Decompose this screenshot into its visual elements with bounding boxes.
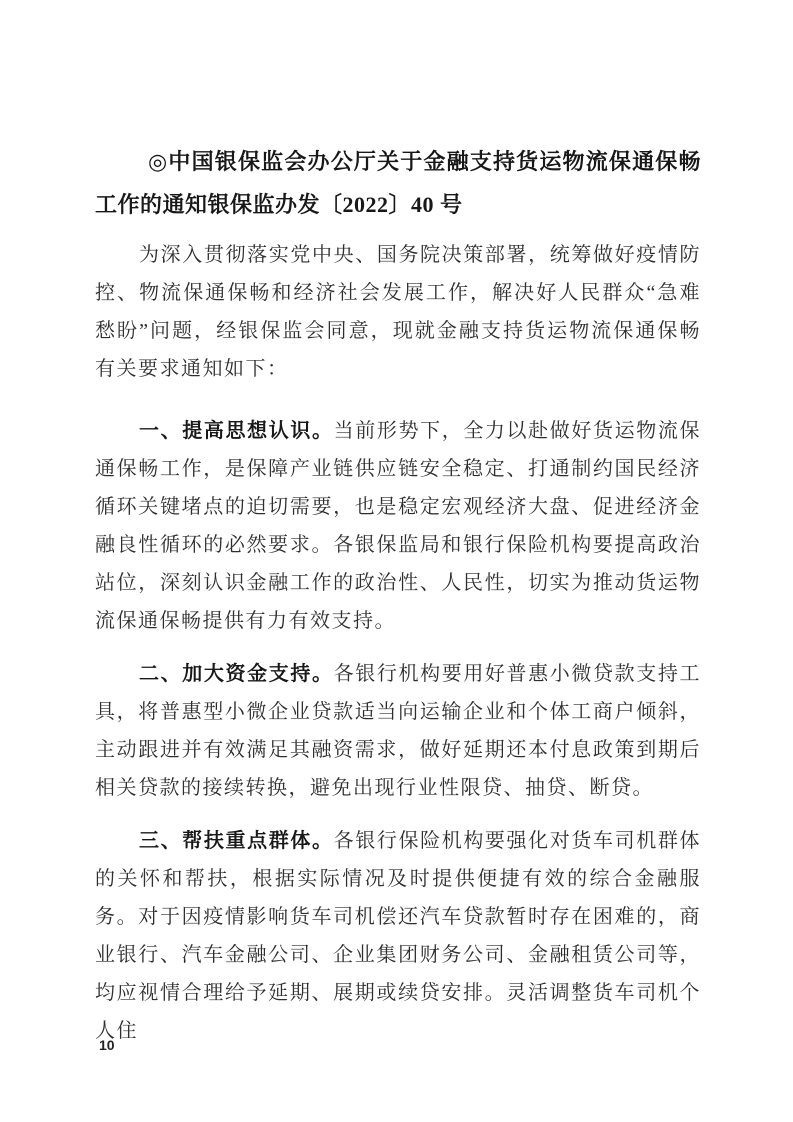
- section-2-heading: 二、加大资金支持。: [139, 663, 334, 685]
- section-2-paragraph: 二、加大资金支持。各银行机构要用好普惠小微贷款支持工具，将普惠型小微企业贷款适当…: [95, 655, 701, 807]
- page-number: 10: [99, 1037, 115, 1053]
- section-3-paragraph: 三、帮扶重点群体。各银行保险机构要强化对货车司机群体的关怀和帮扶，根据实际情况及…: [95, 822, 701, 1050]
- intro-paragraph: 为深入贯彻落实党中央、国务院决策部署，统筹做好疫情防控、物流保通保畅和经济社会发…: [95, 236, 701, 388]
- section-1-paragraph: 一、提高思想认识。当前形势下，全力以赴做好货运物流保通保畅工作，是保障产业链供应…: [95, 412, 701, 640]
- document-content: ◎中国银保监会办公厅关于金融支持货运物流保通保畅工作的通知银保监办发〔2022〕…: [95, 140, 701, 1065]
- document-page: ◎中国银保监会办公厅关于金融支持货运物流保通保畅工作的通知银保监办发〔2022〕…: [0, 0, 793, 1122]
- document-title: ◎中国银保监会办公厅关于金融支持货运物流保通保畅工作的通知银保监办发〔2022〕…: [95, 140, 701, 226]
- section-1-body: 当前形势下，全力以赴做好货运物流保通保畅工作，是保障产业链供应链安全稳定、打通制…: [95, 420, 701, 632]
- section-1-heading: 一、提高思想认识。: [139, 420, 334, 442]
- section-3-heading: 三、帮扶重点群体。: [139, 830, 334, 852]
- section-3-body: 各银行保险机构要强化对货车司机群体的关怀和帮扶，根据实际情况及时提供便捷有效的综…: [95, 830, 701, 1042]
